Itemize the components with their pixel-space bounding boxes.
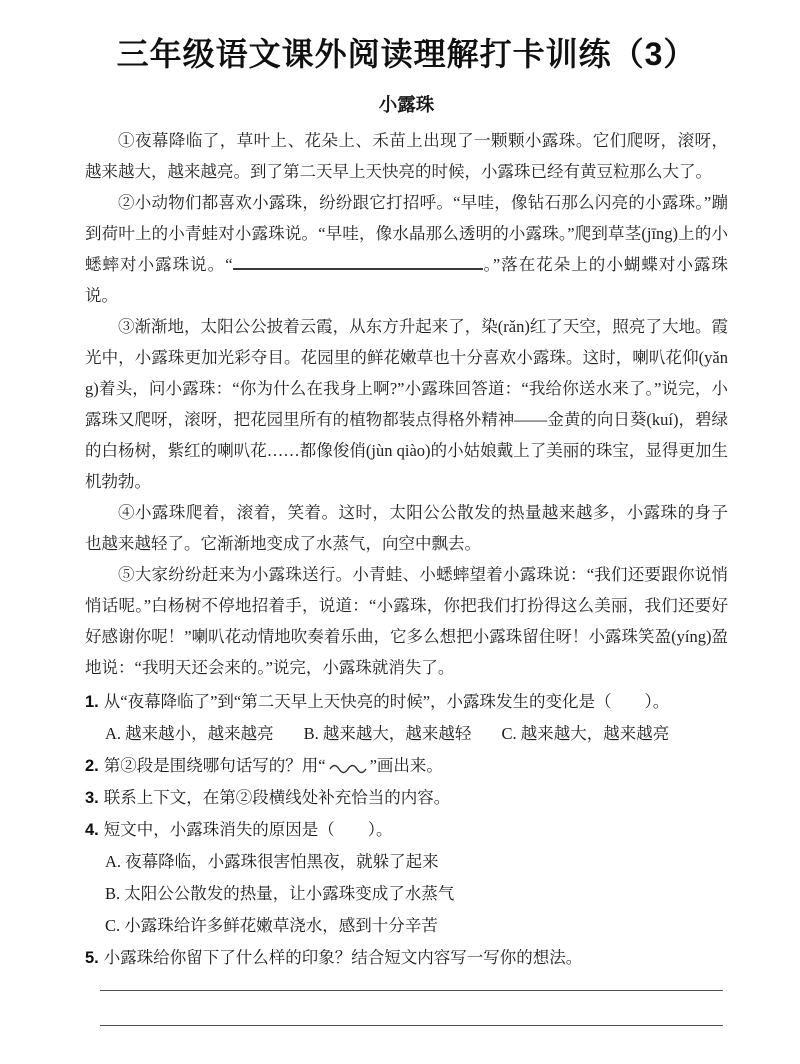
question-1-option-b: B. 越来越大，越来越轻 — [304, 718, 472, 750]
passage-paragraph-5: ⑤大家纷纷赶来为小露珠送行。小青蛙、小蟋蟀望着小露珠说：“我们还要跟你说悄悄话呢… — [85, 559, 728, 683]
question-2: 2.第②段是围绕哪句话写的？用“”画出来。 — [85, 750, 728, 782]
question-3: 3.联系上下文，在第②段横线处补充恰当的内容。 — [85, 782, 728, 814]
question-3-number: 3. — [85, 789, 99, 807]
questions-section: 1.从“夜幕降临了”到“第二天早上天快亮的时候”，小露珠发生的变化是（ ）。 A… — [85, 686, 728, 974]
question-2-text-before: 第②段是围绕哪句话写的？用“ — [104, 756, 326, 775]
question-5: 5.小露珠给你留下了什么样的印象？结合短文内容写一写你的想法。 — [85, 942, 728, 974]
answer-line-2[interactable] — [100, 1025, 723, 1026]
question-1-text: 从“夜幕降临了”到“第二天早上天快亮的时候”，小露珠发生的变化是（ ）。 — [104, 692, 670, 711]
wavy-underline-icon — [328, 762, 368, 774]
passage-title: 小露珠 — [85, 93, 728, 119]
question-2-number: 2. — [85, 757, 99, 775]
question-4-option-c: C. 小露珠给许多鲜花嫩草浇水，感到十分辛苦 — [85, 910, 728, 942]
worksheet-page: 三年级语文课外阅读理解打卡训练（3） 小露珠 ①夜幕降临了，草叶上、花朵上、禾苗… — [0, 0, 800, 1064]
question-4: 4.短文中，小露珠消失的原因是（ ）。 A. 夜幕降临，小露珠很害怕黑夜，就躲了… — [85, 814, 728, 942]
page-title: 三年级语文课外阅读理解打卡训练（3） — [85, 33, 728, 75]
question-3-text: 联系上下文，在第②段横线处补充恰当的内容。 — [104, 788, 451, 807]
question-1-option-a: A. 越来越小，越来越亮 — [105, 718, 274, 750]
passage-paragraph-2: ②小动物们都喜欢小露珠，纷纷跟它打招呼。“早哇，像钻石那么闪亮的小露珠。”蹦到荷… — [85, 187, 728, 311]
question-4-text-line: 4.短文中，小露珠消失的原因是（ ）。 — [85, 814, 728, 846]
question-5-text: 小露珠给你留下了什么样的印象？结合短文内容写一写你的想法。 — [104, 948, 583, 967]
question-2-text-after: ”画出来。 — [370, 756, 443, 775]
fill-in-blank-line[interactable] — [233, 252, 483, 270]
question-4-text: 短文中，小露珠消失的原因是（ ）。 — [104, 820, 393, 839]
question-1-options: A. 越来越小，越来越亮 B. 越来越大，越来越轻 C. 越来越大，越来越亮 — [85, 718, 728, 750]
question-1-option-c: C. 越来越大，越来越亮 — [501, 718, 669, 750]
answer-line-1[interactable] — [100, 990, 723, 991]
question-5-number: 5. — [85, 949, 99, 967]
passage: ①夜幕降临了，草叶上、花朵上、禾苗上出现了一颗颗小露珠。它们爬呀，滚呀，越来越大… — [85, 125, 728, 683]
passage-paragraph-1: ①夜幕降临了，草叶上、花朵上、禾苗上出现了一颗颗小露珠。它们爬呀，滚呀，越来越大… — [85, 125, 728, 187]
answer-area — [85, 990, 728, 1026]
question-4-number: 4. — [85, 821, 99, 839]
question-1-number: 1. — [85, 693, 99, 711]
question-1: 1.从“夜幕降临了”到“第二天早上天快亮的时候”，小露珠发生的变化是（ ）。 A… — [85, 686, 728, 750]
question-4-option-b: B. 太阳公公散发的热量，让小露珠变成了水蒸气 — [85, 878, 728, 910]
question-4-option-a: A. 夜幕降临，小露珠很害怕黑夜，就躲了起来 — [85, 846, 728, 878]
passage-paragraph-3: ③渐渐地，太阳公公披着云霞，从东方升起来了，染(rǎn)红了天空，照亮了大地。霞… — [85, 311, 728, 497]
passage-paragraph-4: ④小露珠爬着，滚着，笑着。这时，太阳公公散发的热量越来越多，小露珠的身子也越来越… — [85, 497, 728, 559]
question-1-text-line: 1.从“夜幕降临了”到“第二天早上天快亮的时候”，小露珠发生的变化是（ ）。 — [85, 686, 728, 718]
